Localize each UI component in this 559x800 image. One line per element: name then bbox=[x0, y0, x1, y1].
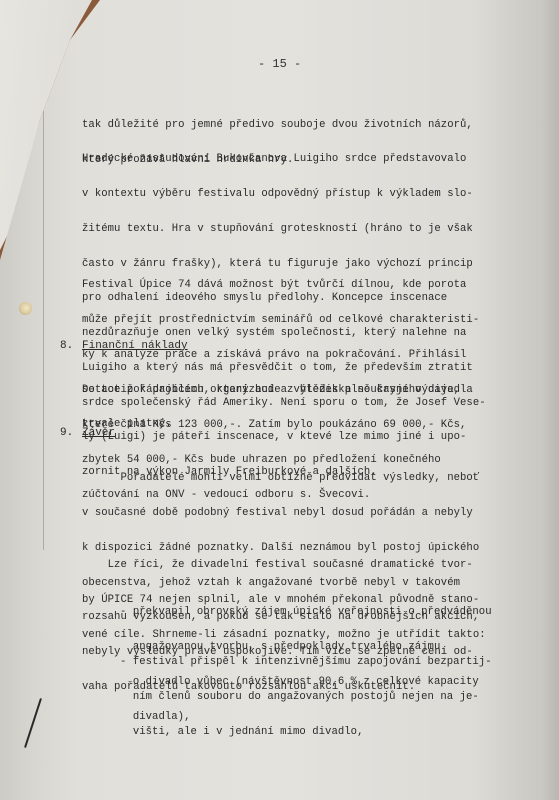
section-8-number: 8. bbox=[60, 340, 73, 352]
document-page: - 15 - tak důležité pro jemné předivo so… bbox=[0, 0, 559, 800]
section-9-title: Závěr bbox=[82, 427, 115, 439]
bullet-item: - festival přispěl k intenzivnějšímu zap… bbox=[120, 634, 492, 762]
section-8-title: Finanční náklady bbox=[82, 340, 188, 352]
page-number: - 15 - bbox=[258, 57, 301, 71]
pen-mark bbox=[24, 698, 42, 748]
binding-crease bbox=[43, 70, 44, 550]
punch-hole bbox=[19, 302, 32, 315]
section-9-number: 9. bbox=[60, 427, 73, 439]
